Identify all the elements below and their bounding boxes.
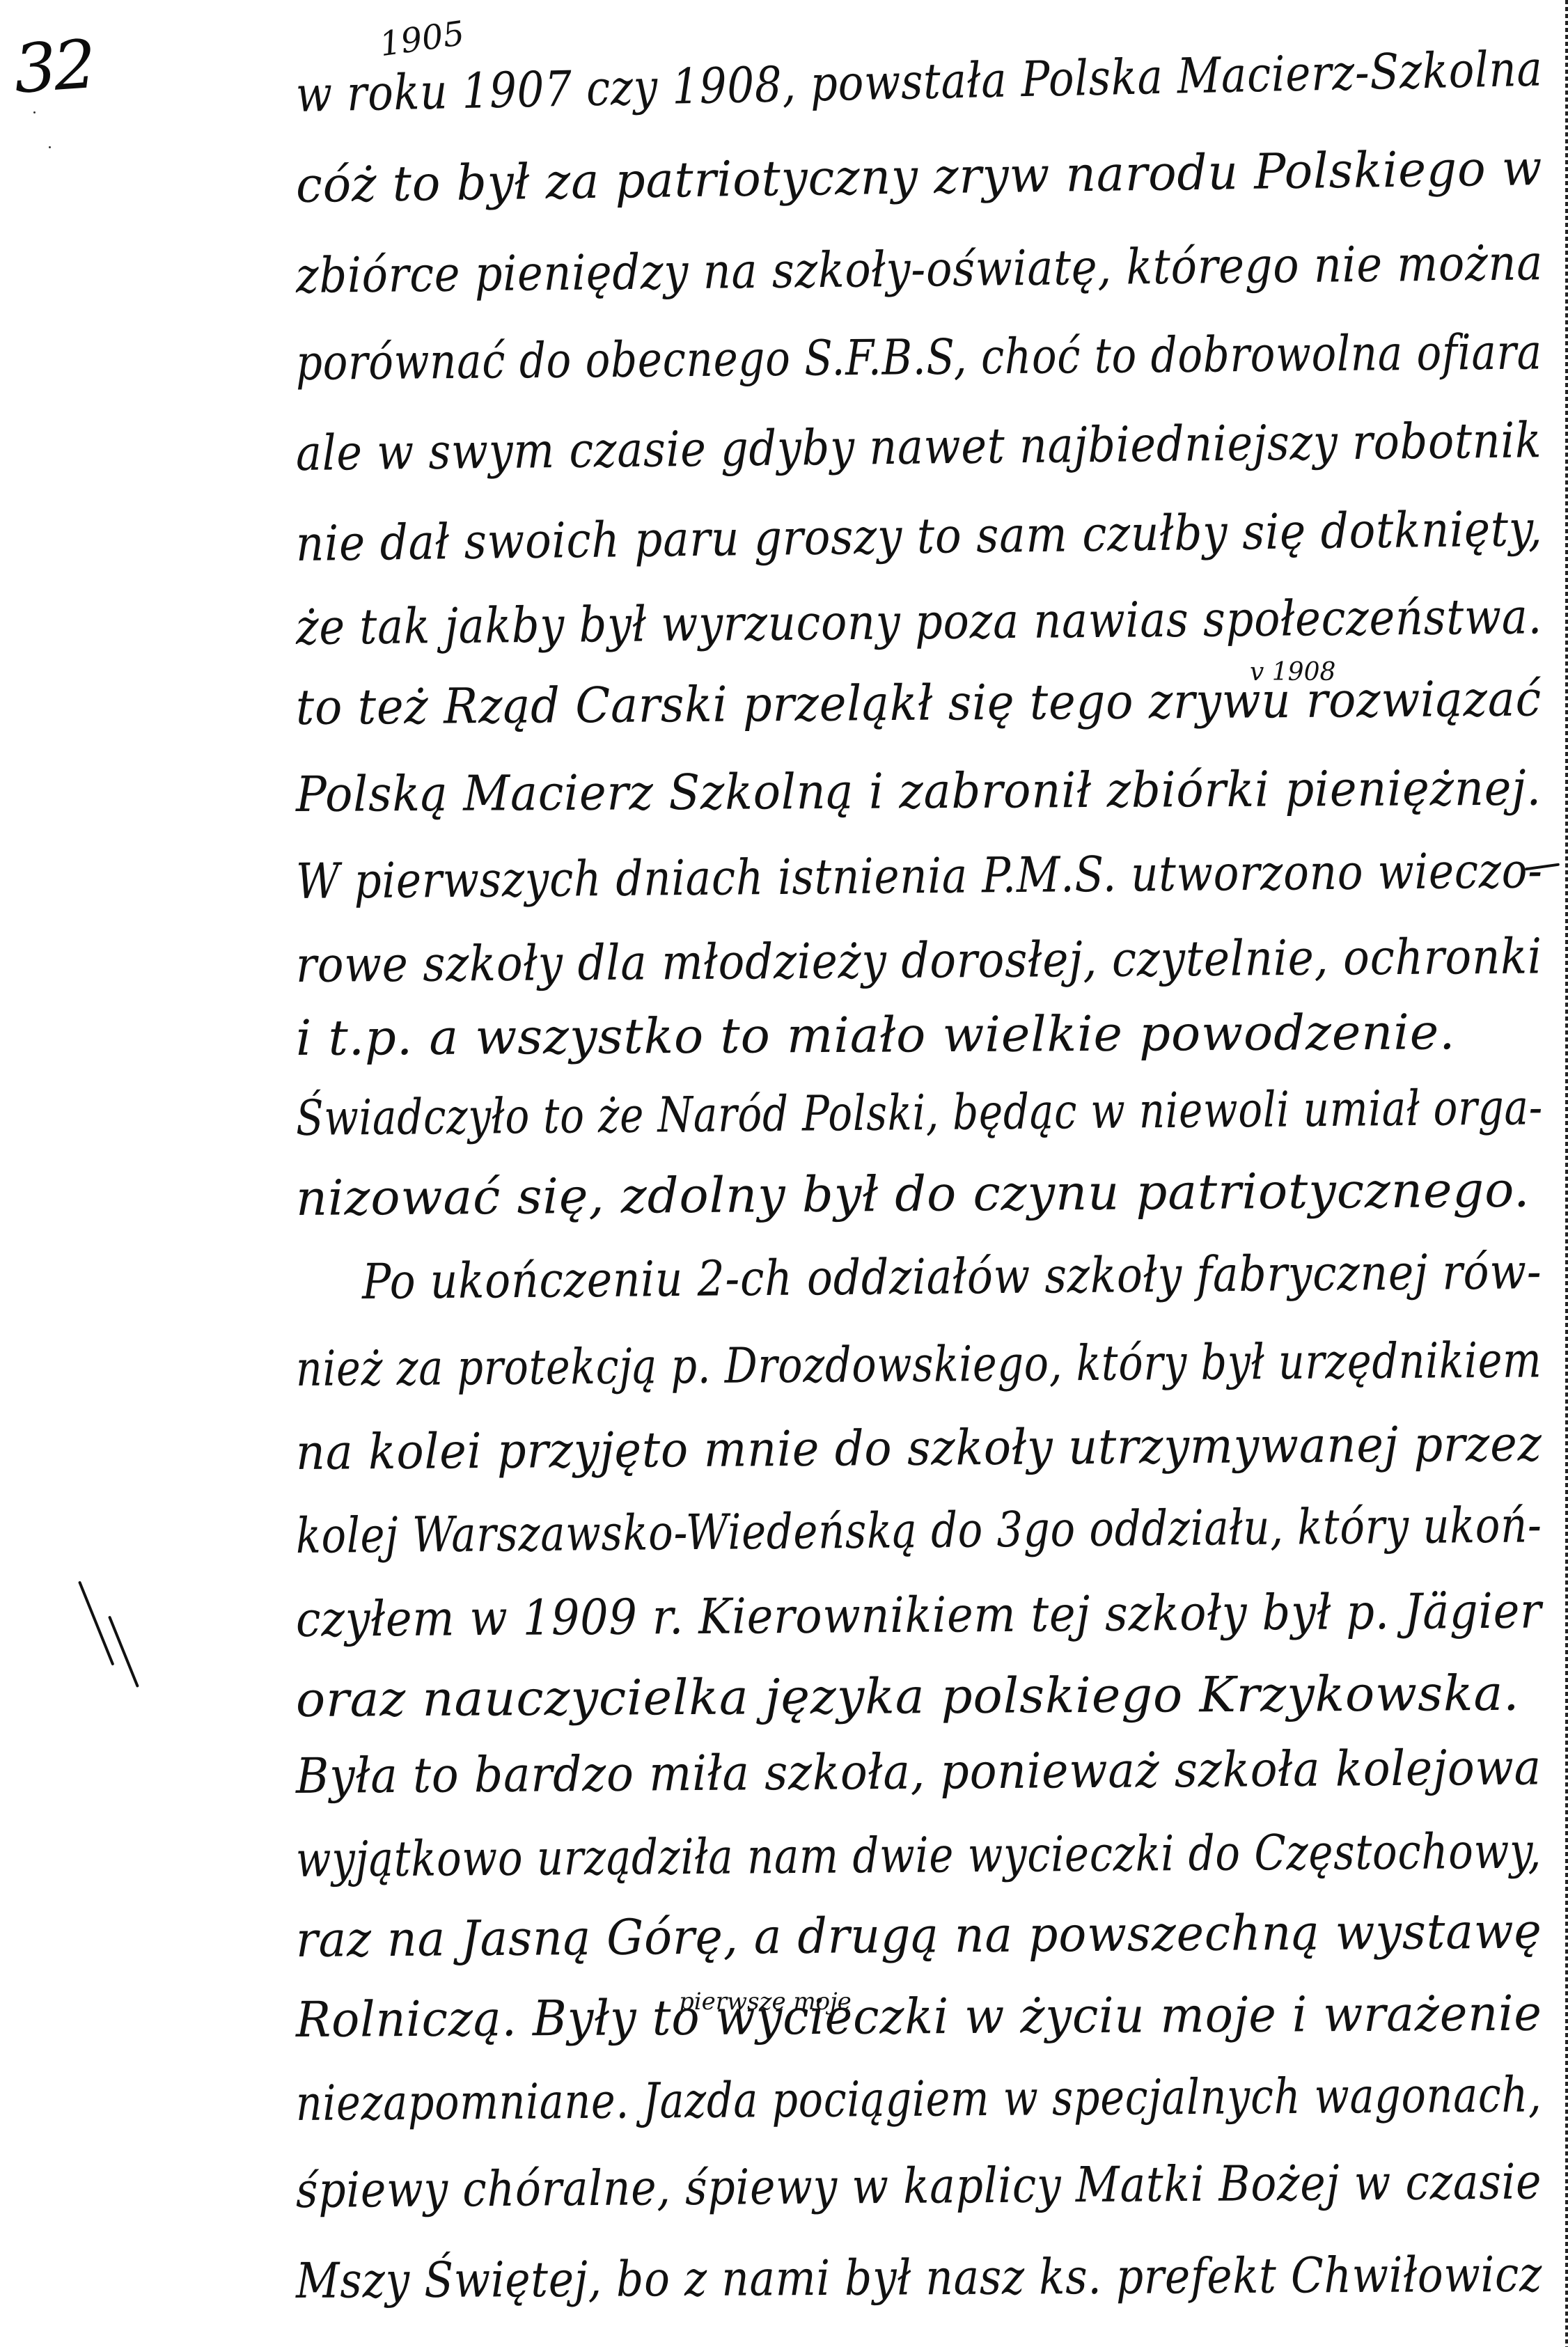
manuscript-line: ale w swym czasie gdyby nawet najbiednie… (296, 411, 1542, 482)
manuscript-line: W pierwszych dniach istnienia P.M.S. utw… (296, 842, 1543, 910)
margin-stroke (108, 1616, 139, 1688)
manuscript-line: w roku 1907 czy 1908, powstała Polska Ma… (295, 40, 1543, 123)
scan-speck (49, 146, 51, 148)
scan-speck (856, 1379, 859, 1381)
scan-speck (33, 111, 36, 113)
year-correction: 1905 (377, 14, 467, 64)
manuscript-page: 32 1905 v 1908 pierwsze moje w roku 1907… (0, 0, 1568, 2347)
manuscript-line: kolej Warszawsko-Wiedeńską do 3go oddzia… (296, 1496, 1542, 1564)
manuscript-line: nie dał swoich paru groszy to sam czułby… (295, 500, 1543, 572)
manuscript-line: Świadczyło to że Naród Polski, będąc w n… (296, 1078, 1544, 1147)
manuscript-line: zbiórce pieniędzy na szkoły-oświatę, któ… (296, 234, 1544, 304)
manuscript-line: śpiewy chóralne, śpiewy w kaplicy Matki … (296, 2153, 1542, 2219)
manuscript-line: oraz nauczycielka języka polskiego Krzyk… (296, 1665, 1520, 1728)
manuscript-line: raz na Jasną Górę, a drugą na powszechną… (296, 1903, 1542, 1968)
manuscript-line: Mszy Świętej, bo z nami był nasz ks. pre… (296, 2246, 1543, 2309)
manuscript-line: porównać do obecnego S.F.B.S, choć to do… (296, 323, 1543, 391)
manuscript-line: niezapomniane. Jazda pociągiem w specjal… (296, 2066, 1542, 2132)
manuscript-line: Rolniczą. Były to wycieczki w życiu moje… (296, 1985, 1542, 2048)
manuscript-line: cóż to był za patriotyczny zryw narodu P… (295, 139, 1542, 214)
page-number: 32 (11, 25, 96, 109)
manuscript-line: nizować się, zdolny był do czynu patriot… (296, 1161, 1530, 1227)
manuscript-line: na kolei przyjęto mnie do szkoły utrzymy… (296, 1415, 1542, 1481)
manuscript-line: Po ukończeniu 2-ch oddziałów szkoły fabr… (362, 1243, 1542, 1310)
manuscript-line: i t.p. a wszystko to miało wielkie powod… (296, 1003, 1456, 1067)
manuscript-line: wyjątkowo urządziła nam dwie wycieczki d… (296, 1823, 1542, 1888)
manuscript-line: czyłem w 1909 r. Kierownikiem tej szkoły… (296, 1583, 1542, 1648)
manuscript-line: Była to bardzo miła szkoła, ponieważ szk… (296, 1739, 1542, 1805)
manuscript-line: że tak jakby był wyrzucony poza nawias s… (296, 588, 1543, 656)
manuscript-line: nież za protekcją p. Drozdowskiego, któr… (296, 1332, 1542, 1397)
scan-edge (1565, 0, 1568, 2347)
manuscript-line: Polską Macierz Szkolną i zabronił zbiórk… (296, 760, 1542, 823)
manuscript-line: to też Rząd Carski przeląkł się tego zry… (296, 670, 1542, 736)
margin-stroke (78, 1581, 114, 1666)
manuscript-line: rowe szkoły dla młodzieży dorosłej, czyt… (296, 928, 1542, 994)
